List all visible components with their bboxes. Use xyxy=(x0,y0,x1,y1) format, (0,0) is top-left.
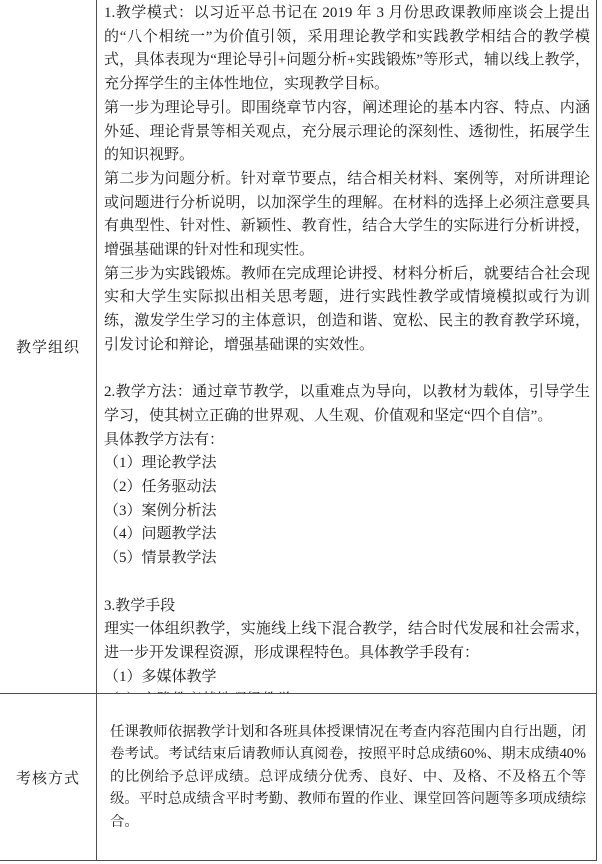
teaching-organization-content-cell: 1.教学模式：以习近平总书记在 2019 年 3 月份思政课教师座谈会上提出的“… xyxy=(97,0,596,693)
document-page: 教学组织 1.教学模式：以习近平总书记在 2019 年 3 月份思政课教师座谈会… xyxy=(0,0,602,864)
paragraph: 理实一体组织教学，实施线上线下混合教学，结合时代发展和社会需求，进一步开发课程资… xyxy=(104,618,590,665)
paragraph: （2）实践教育基地现场教学 xyxy=(104,689,590,693)
blank-line xyxy=(104,571,590,595)
paragraph: （4）问题教学法 xyxy=(104,523,590,547)
assessment-method-label-cell: 考核方式 xyxy=(0,694,97,860)
paragraph: 1.教学模式：以习近平总书记在 2019 年 3 月份思政课教师座谈会上提出的“… xyxy=(104,2,590,97)
paragraph: 任课教师依据教学计划和各班具体授课情况在考查内容范围内自行出题，闭卷考试。考试结… xyxy=(110,721,586,833)
paragraph: （5）情景教学法 xyxy=(104,547,590,571)
paragraph: 2.教学方法：通过章节教学，以重难点为导向，以教材为载体，引导学生学习，使其树立… xyxy=(104,381,590,428)
table-row-teaching-organization: 教学组织 1.教学模式：以习近平总书记在 2019 年 3 月份思政课教师座谈会… xyxy=(0,0,596,694)
paragraph: 3.教学手段 xyxy=(104,595,590,619)
assessment-method-label: 考核方式 xyxy=(16,767,80,788)
paragraph: 第三步为实践锻炼。教师在完成理论讲授、材料分析后，就要结合社会现实和大学生实际拟… xyxy=(104,263,590,358)
paragraph: 具体教学方法有： xyxy=(104,429,590,453)
blank-line xyxy=(104,358,590,382)
paragraph: （3）案例分析法 xyxy=(104,500,590,524)
teaching-organization-label-cell: 教学组织 xyxy=(0,0,97,693)
table-row-assessment-method: 考核方式 任课教师依据教学计划和各班具体授课情况在考查内容范围内自行出题，闭卷考… xyxy=(0,694,596,860)
assessment-method-content-cell: 任课教师依据教学计划和各班具体授课情况在考查内容范围内自行出题，闭卷考试。考试结… xyxy=(97,694,596,860)
paragraph: （1）理论教学法 xyxy=(104,452,590,476)
paragraph: 第二步为问题分析。针对章节要点，结合相关材料、案例等，对所讲理论或问题进行分析说… xyxy=(104,168,590,263)
teaching-organization-label: 教学组织 xyxy=(16,336,80,357)
paragraph: （1）多媒体教学 xyxy=(104,666,590,690)
paragraph: 第一步为理论导引。即围绕章节内容，阐述理论的基本内容、特点、内涵外延、理论背景等… xyxy=(104,97,590,168)
paragraph: （2）任务驱动法 xyxy=(104,476,590,500)
course-syllabus-table: 教学组织 1.教学模式：以习近平总书记在 2019 年 3 月份思政课教师座谈会… xyxy=(0,0,597,861)
